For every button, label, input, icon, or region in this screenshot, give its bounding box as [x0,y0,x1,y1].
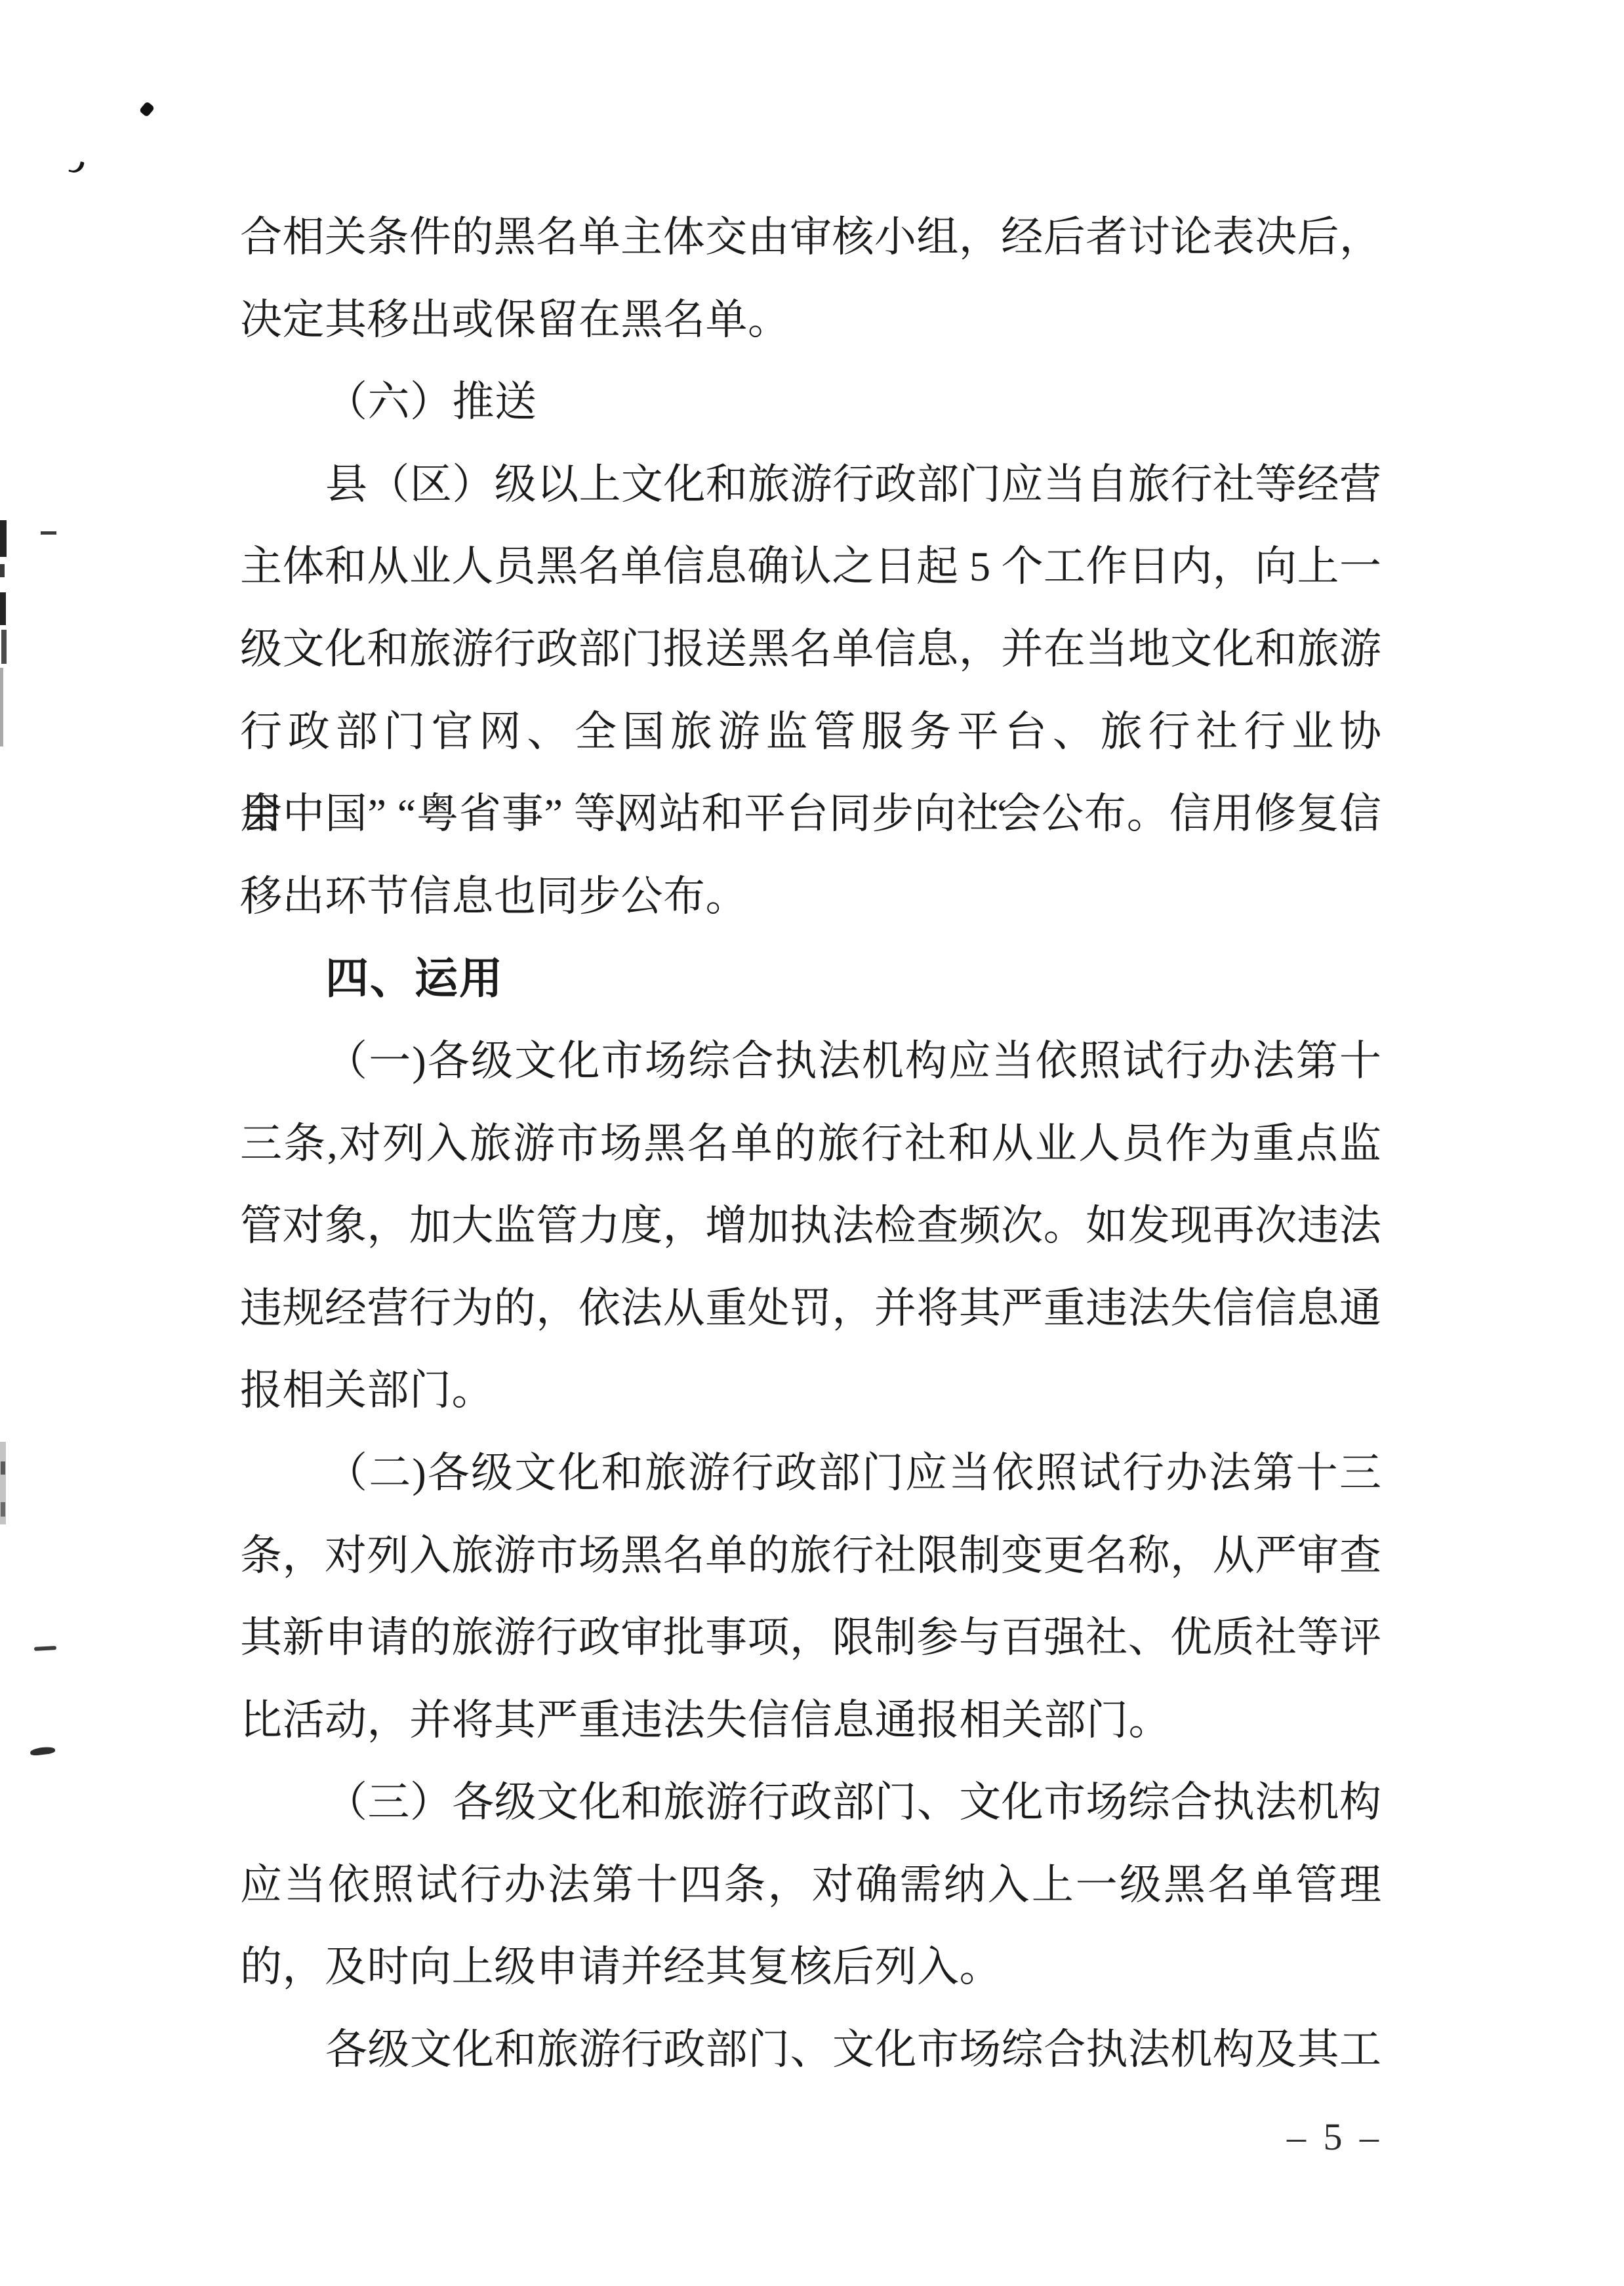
scan-edge-mark-1 [0,520,7,557]
scan-speck-diamond [139,101,155,117]
section-heading: 四、运用 [240,937,1381,1020]
text-line: 报相关部门。 [240,1349,1381,1432]
scan-edge-mark-3 [0,592,6,625]
text-line: 级文化和旅游行政部门报送黑名单信息，并在当地文化和旅游 [240,608,1381,691]
text-line: 应当依照试行办法第十四条，对确需纳入上一级黑名单管理 [240,1844,1381,1927]
text-line: 管对象，加大监管力度，增加执法检查频次。如发现再次违法 [240,1185,1381,1267]
document-body: 合相关条件的黑名单主体交由审核小组，经后者讨论表决后，决定其移出或保留在黑名单。… [240,196,1381,2091]
text-line: （一)各级文化市场综合执法机构应当依照试行办法第十 [240,1020,1381,1103]
text-line: 合相关条件的黑名单主体交由审核小组，经后者讨论表决后， [240,196,1381,279]
page-number: – 5 – [1266,2111,1404,2163]
text-line: 移出环节信息也同步公布。 [240,855,1381,938]
scan-edge-mark-4 [1,630,7,664]
text-line: （三）各级文化和旅游行政部门、文化市场综合执法机构 [240,1761,1381,1844]
scan-edge-streak-1 [0,668,3,746]
text-line: 主体和从业人员黑名单信息确认之日起 5 个工作日内，向上一 [240,525,1381,608]
text-line: 其新申请的旅游行政审批事项，限制参与百强社、优质社等评 [240,1597,1381,1679]
scan-speck-dash-middle [34,1646,56,1651]
document-page: 合相关条件的黑名单主体交由审核小组，经后者讨论表决后，决定其移出或保留在黑名单。… [0,0,1624,2286]
scan-edge-mark-2 [0,564,5,577]
scan-edge-mark-5 [1,1461,5,1475]
scan-speck-comma [68,159,84,174]
text-line: 比活动，并将其严重违法失信信息通报相关部门。 [240,1679,1381,1762]
scan-speck-curve [30,1746,55,1757]
text-line: 违规经营行为的，依法从重处罚，并将其严重违法失信信息通 [240,1267,1381,1350]
text-line: 的，及时向上级申请并经其复核后列入。 [240,1926,1381,2009]
scan-edge-mark-6 [1,1502,5,1517]
text-line: 用中国” “粤省事” 等网站和平台同步向社会公布。信用修复、 [240,773,1381,855]
scan-edge-streak-2 [0,1442,6,1524]
text-line: 各级文化和旅游行政部门、文化市场综合执法机构及其工 [240,2009,1381,2091]
text-line: 条，对列入旅游市场黑名单的旅行社限制变更名称，从严审查 [240,1515,1381,1597]
text-line: （六）推送 [240,361,1381,443]
text-line: （二)各级文化和旅游行政部门应当依照试行办法第十三 [240,1432,1381,1515]
text-line: 行政部门官网、全国旅游监管服务平台、旅行社行业协会、“信 [240,691,1381,773]
text-line: 县（区）级以上文化和旅游行政部门应当自旅行社等经营 [240,443,1381,526]
text-line: 三条,对列入旅游市场黑名单的旅行社和从业人员作为重点监 [240,1103,1381,1185]
scan-speck-dash-top [41,531,56,535]
text-line: 决定其移出或保留在黑名单。 [240,279,1381,361]
